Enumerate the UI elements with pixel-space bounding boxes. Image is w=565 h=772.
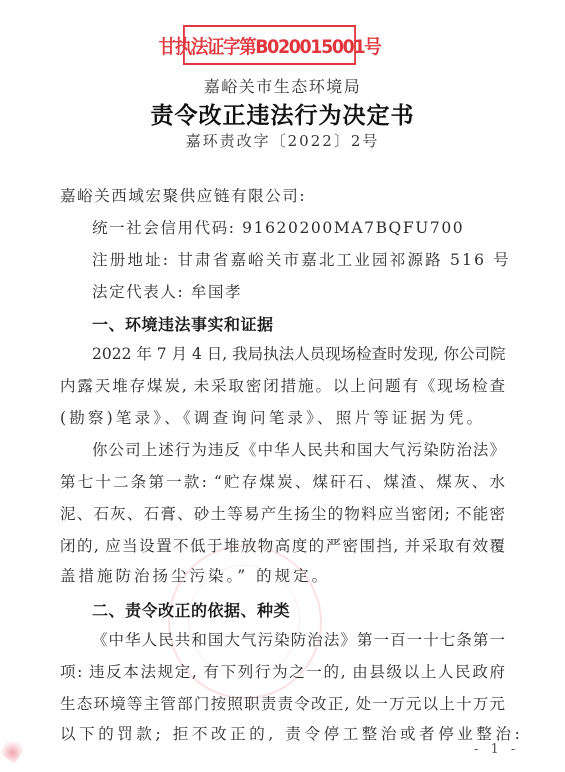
section-1-para-2-line-4: 闭的, 应当设置不低于堆放物高度的严密围挡, 并采取有效覆 — [60, 536, 505, 556]
section-1-para-2-line-2: 第七十二条第一款: “贮存煤炭、煤矸石、煤渣、煤灰、水 — [60, 472, 505, 492]
enforcement-certificate-stamp: 甘执法证字第B020015001号 — [183, 25, 356, 65]
section-1-para-1-line-3: (勘察)笔录》、《调查询问笔录》、照片等证据为凭。 — [60, 408, 505, 428]
legal-representative: 法定代表人: 牟国孝 — [92, 282, 505, 302]
section-2-para-1-line-4: 以下的罚款; 拒不改正的, 责令停工整治或者停业整治: — [60, 724, 505, 744]
seal-edge-mark — [0, 736, 26, 764]
document-title: 责令改正违法行为决定书 — [0, 97, 565, 130]
recipient-name: 嘉峪关西域宏聚供应链有限公司: — [60, 186, 505, 206]
section-1-para-2-line-3: 泥、石灰、石膏、砂土等易产生扬尘的物料应当密闭; 不能密 — [60, 504, 505, 524]
section-2-para-1-line-1: 《中华人民共和国大气污染防治法》第一百一十七条第一 — [92, 630, 505, 650]
section-1-para-2-line-5: 盖措施防治扬尘污染。” 的规定。 — [60, 566, 505, 586]
page-number: - 1 - — [474, 742, 519, 757]
section-1-para-1-line-2: 内露天堆存煤炭, 未采取密闭措施。以上问题有《现场检查 — [60, 376, 505, 396]
section-1-para-2-line-1: 你公司上述行为违反《中华人民共和国大气污染防治法》 — [92, 440, 505, 460]
document-number: 嘉环责改字〔2022〕2号 — [0, 130, 565, 151]
section-1-heading: 一、环境违法事实和证据 — [92, 312, 274, 335]
stamp-text: 甘执法证字第B020015001号 — [159, 32, 381, 59]
section-2-heading: 二、责令改正的依据、种类 — [92, 598, 290, 621]
registered-address: 注册地址: 甘肃省嘉峪关市嘉北工业园祁源路 516 号 — [92, 250, 505, 270]
section-1-para-1-line-1: 2022 年 7 月 4 日, 我局执法人员现场检查时发现, 你公司院 — [92, 344, 505, 364]
credit-code: 统一社会信用代码: 91620200MA7BQFU700 — [92, 218, 505, 238]
section-2-para-1-line-3: 生态环境等主管部门按照职责责令改正, 处一万元以上十万元 — [60, 694, 505, 714]
issuing-agency: 嘉峪关市生态环境局 — [0, 74, 565, 97]
section-2-para-1-line-2: 项: 违反本法规定, 有下列行为之一的, 由县级以上人民政府 — [60, 662, 505, 682]
